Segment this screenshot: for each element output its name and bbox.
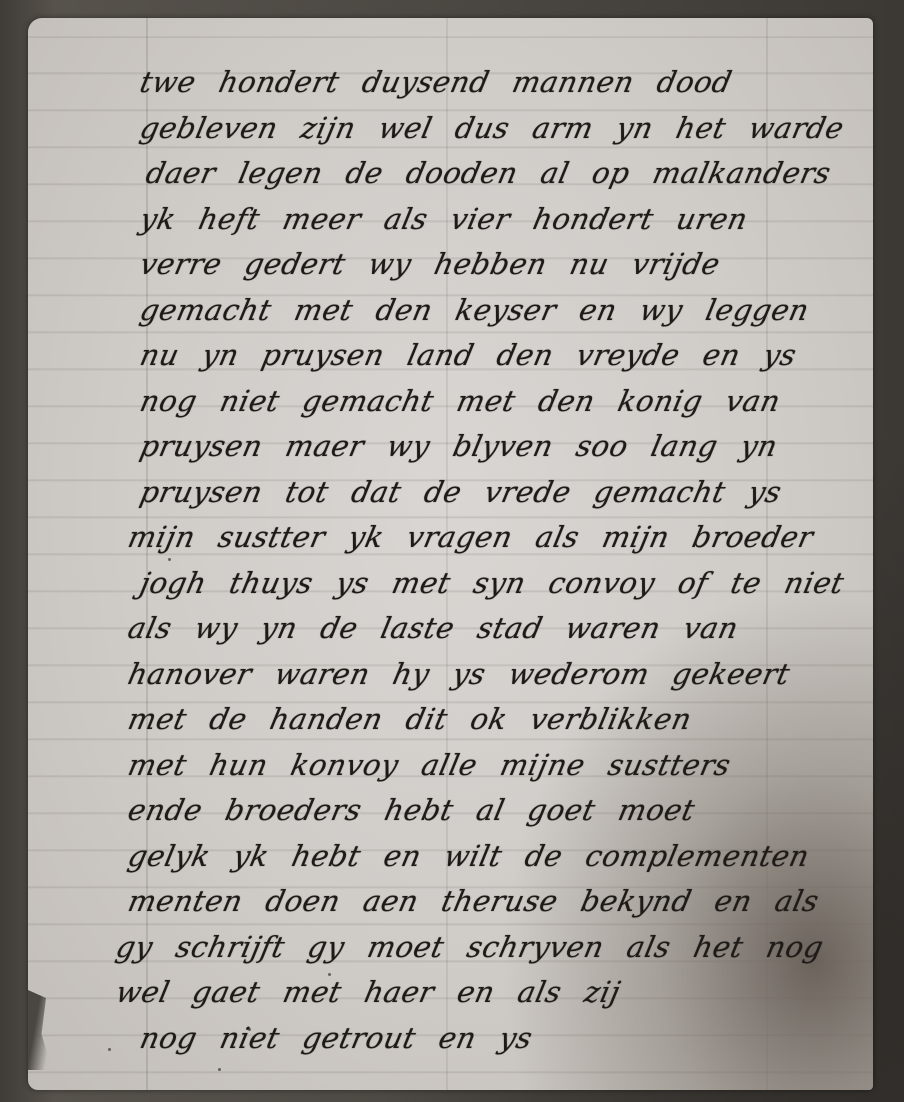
text-line: ende broeders hebt al goet moet [123,790,865,836]
text-line: als wy yn de laste stad waren van [123,608,865,654]
ink-speck [108,1048,111,1051]
text-line: nog niet getrout en ys [135,1018,865,1064]
text-line: wel gaet met haer en als zij [111,972,865,1018]
text-line: pruysen tot dat de vrede gemacht ys [135,472,865,518]
text-line: nu yn pruysen land den vreyde en ys [135,335,865,381]
text-line: nog niet gemacht met den konig van [135,381,865,427]
handwritten-text: twe hondert duysend mannen dood gebleven… [140,62,860,1063]
text-line: jogh thuys ys met syn convoy of te niet [135,563,865,609]
text-line: menten doen aen theruse bekynd en als [123,881,865,927]
text-line: met hun konvoy alle mijne sustters [123,745,865,791]
text-line: verre gedert wy hebben nu vrijde [135,244,865,290]
text-line: gy schrijft gy moet schryven als het nog [111,927,865,973]
text-line: met de handen dit ok verblikken [123,699,865,745]
text-line: twe hondert duysend mannen dood [135,62,865,108]
text-line: pruysen maer wy blyven soo lang yn [135,426,865,472]
text-line: gebleven zijn wel dus arm yn het warde [135,108,865,154]
text-line: hanover waren hy ys wederom gekeert [123,654,865,700]
text-line: daer legen de dooden al op malkanders [135,153,865,199]
ink-speck [218,1068,221,1071]
text-line: yk heft meer als vier hondert uren [135,199,865,245]
text-line: gemacht met den keyser en wy leggen [135,290,865,336]
text-line: mijn sustter yk vragen als mijn broeder [123,517,865,563]
text-line: gelyk yk hebt en wilt de complementen [123,836,865,882]
